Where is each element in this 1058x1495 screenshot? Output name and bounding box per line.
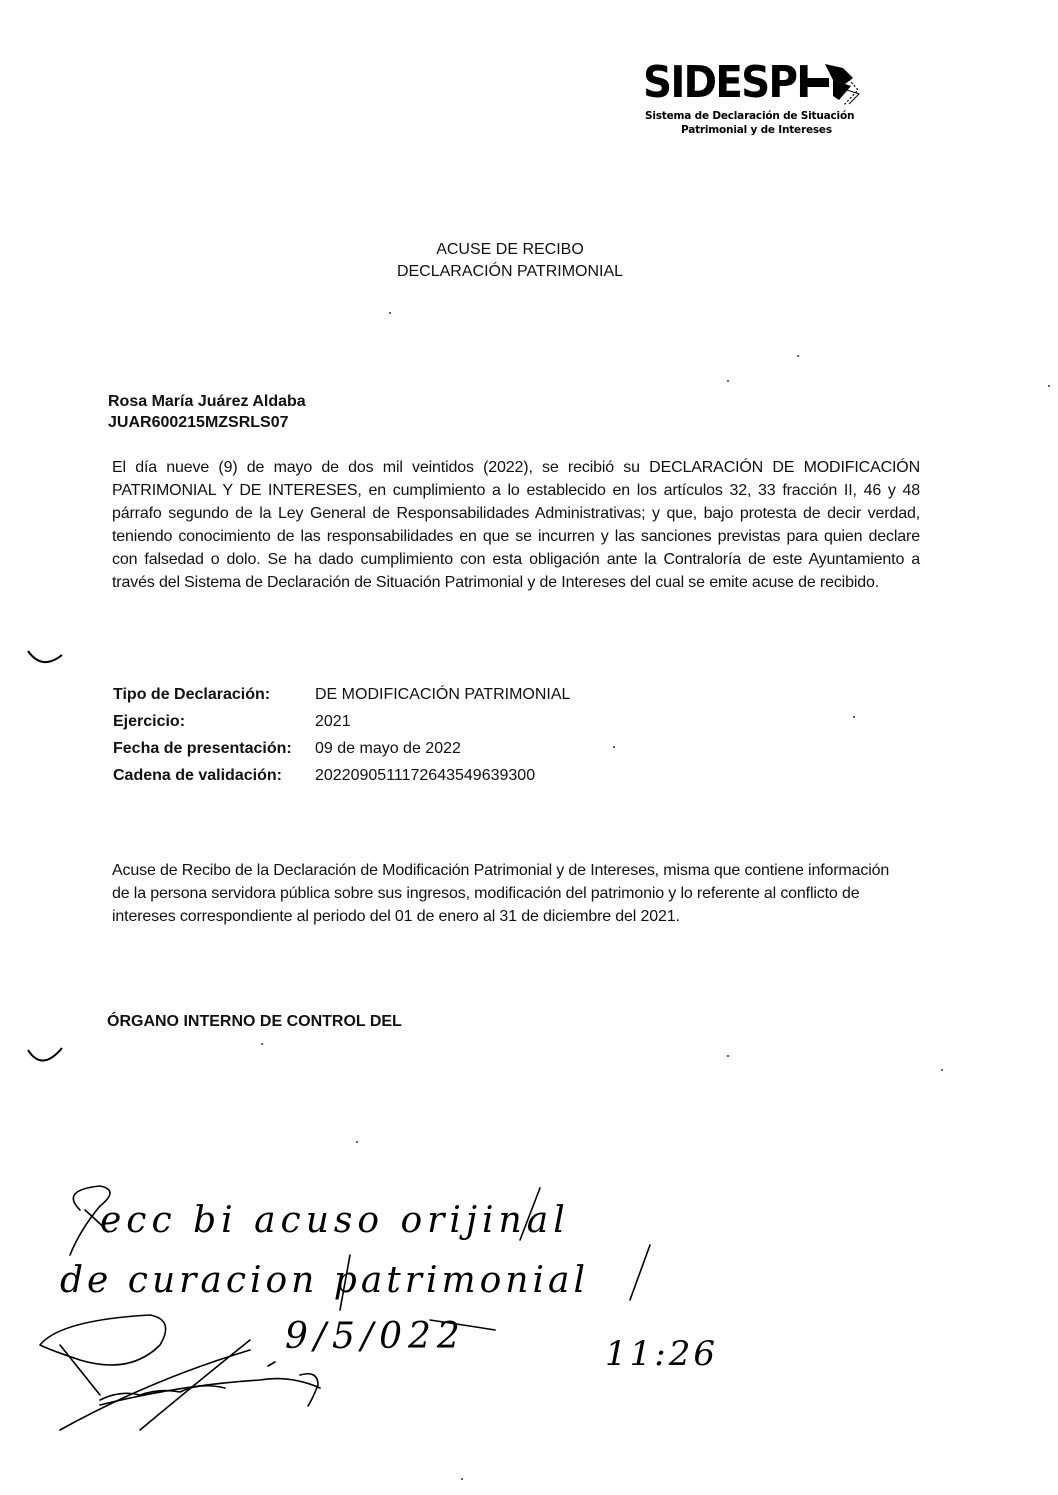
scan-speck xyxy=(727,1055,729,1057)
scan-speck xyxy=(853,716,855,718)
scan-speck xyxy=(461,1478,463,1480)
scan-speck xyxy=(941,1069,943,1071)
detail-row-year: Ejercicio: 2021 xyxy=(113,708,570,735)
detail-value: 20220905111726435496393​00 xyxy=(315,762,535,789)
handwritten-note: Recibí acuse original ecc bi acuso oriji… xyxy=(0,1170,760,1470)
svg-text:9/5/022: 9/5/022 xyxy=(285,1316,466,1357)
arrow-right-icon xyxy=(803,60,863,110)
logo-wordmark: SIDESPI xyxy=(643,58,809,108)
scan-speck xyxy=(261,1043,263,1045)
svg-text:ecc bi acuso orijinal: ecc bi acuso orijinal xyxy=(100,1200,570,1241)
scan-speck xyxy=(613,746,615,748)
svg-text:de curacion patrimonial: de curacion patrimonial xyxy=(60,1260,589,1301)
scan-speck xyxy=(797,355,799,357)
document-title: ACUSE DE RECIBO xyxy=(0,239,1020,261)
organ-heading: ÓRGANO INTERNO DE CONTROL DEL xyxy=(107,1013,402,1031)
sidespi-logo: SIDESPI Sistema de Declaración de Situac… xyxy=(643,58,873,148)
recipient-block: Rosa María Juárez Aldaba JUAR600215MZSRL… xyxy=(108,391,306,433)
detail-row-type: Tipo de Declaración: DE MODIFICACIÓN PAT… xyxy=(113,681,570,708)
detail-value: 2021 xyxy=(315,708,351,735)
punch-mark-icon xyxy=(24,1044,66,1068)
detail-label: Tipo de Declaración: xyxy=(113,681,315,708)
detail-row-validation: Cadena de validación: 202209051117264354… xyxy=(113,762,570,789)
scan-speck xyxy=(356,1141,358,1143)
detail-value: DE MODIFICACIÓN PATRIMONIAL xyxy=(315,681,570,708)
scan-speck xyxy=(727,380,729,382)
recipient-rfc: JUAR600215MZSRLS07 xyxy=(108,412,306,433)
scan-speck xyxy=(1048,385,1050,387)
receipt-paragraph: El día nueve (9) de mayo de dos mil vein… xyxy=(112,456,920,594)
detail-value: 09 de mayo de 2022 xyxy=(315,735,461,762)
detail-label: Cadena de validación: xyxy=(113,762,315,789)
recipient-name: Rosa María Juárez Aldaba xyxy=(108,391,306,412)
svg-text:11:26: 11:26 xyxy=(605,1334,718,1374)
detail-label: Ejercicio: xyxy=(113,708,315,735)
detail-label: Fecha de presentación: xyxy=(113,735,315,762)
scan-speck xyxy=(389,312,391,314)
document-subtitle: DECLARACIÓN PATRIMONIAL xyxy=(0,261,1020,283)
logo-subtitle-line2: Patrimonial y de Intereses xyxy=(681,124,832,136)
logo-subtitle-line1: Sistema de Declaración de Situación xyxy=(645,110,854,122)
summary-paragraph: Acuse de Recibo de la Declaración de Mod… xyxy=(112,859,902,928)
declaration-details: Tipo de Declaración: DE MODIFICACIÓN PAT… xyxy=(113,681,570,789)
detail-row-date: Fecha de presentación: 09 de mayo de 202… xyxy=(113,735,570,762)
punch-mark-icon xyxy=(24,645,66,669)
